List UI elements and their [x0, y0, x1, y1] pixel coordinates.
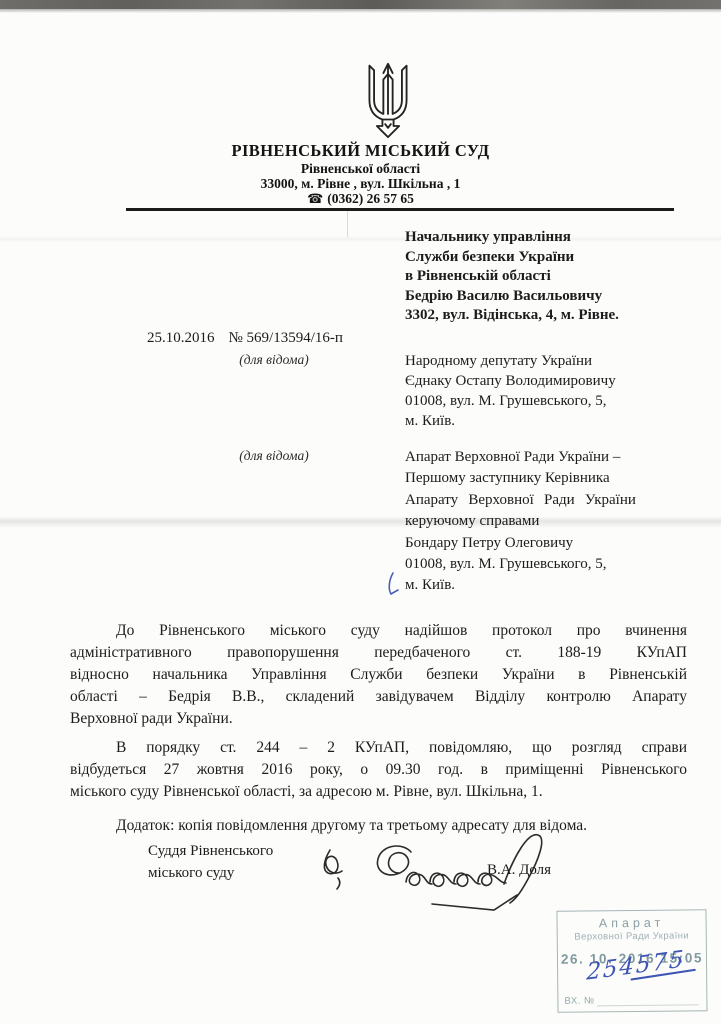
court-name: РІВНЕНСЬКИЙ МІСЬКИЙ СУД [0, 141, 721, 161]
letter-number: № 569/13594/16-п [229, 330, 343, 346]
text-line: В порядку ст. 244 – 2 КУпАП, повідомляю,… [70, 737, 687, 759]
reference-line: 25.10.2016№ 569/13594/16-п [147, 330, 343, 347]
text-line: міського суду [148, 862, 273, 884]
dotted-leader [598, 995, 699, 1006]
stamp-incoming-label: ВХ. № [564, 995, 594, 1006]
text-line: Верховної ради України. [70, 708, 687, 730]
incoming-registration-stamp: Апарат Верховної Ради України 26. 10. 20… [556, 909, 707, 1013]
signer-title: Суддя Рівненськогоміського суду [148, 840, 273, 884]
paragraph-hearing: В порядку ст. 244 – 2 КУпАП, повідомляю,… [70, 737, 687, 803]
text-line: Служби безпеки України [405, 248, 675, 268]
recipient-block-deputy: Народному депутату УкраїниЄднаку Остапу … [405, 351, 675, 431]
center-fold-mark [347, 211, 348, 237]
for-information-note: (для відома) [222, 448, 326, 464]
ukraine-trident-emblem [362, 60, 414, 140]
for-information-note: (для відома) [222, 352, 326, 368]
paragraph-protocol: До Рівненського міського суду надійшов п… [70, 620, 687, 730]
recipient-block-primary: Начальнику управлінняСлужби безпеки Укра… [405, 228, 675, 326]
text-line: м. Київ. [405, 411, 675, 431]
signer-name: В.А. Доля [487, 862, 551, 879]
text-line: Начальнику управління [405, 228, 675, 248]
court-region: Рівненської області [0, 161, 721, 177]
text-line: 01008, вул. М. Грушевського, 5, [405, 554, 675, 575]
text-line: міського суду Рівненської області, за ад… [70, 781, 687, 803]
text-line: Народному депутату України [405, 351, 675, 371]
court-phone: ☎(0362) 26 57 65 [0, 191, 721, 207]
letter-body: До Рівненського міського суду надійшов п… [70, 620, 687, 837]
text-line: Апарату Верховної Ради України [405, 490, 675, 511]
text-line: адміністративного правопорушення передба… [70, 642, 687, 664]
stamp-incoming-line: ВХ. № [564, 994, 698, 1006]
blue-pen-mark [384, 570, 404, 600]
text-line: Апарат Верховної Ради України – [405, 447, 675, 468]
text-line: відбудеться 27 жовтня 2016 року, о 09.30… [70, 759, 687, 781]
telephone-icon: ☎ [307, 192, 323, 207]
text-line: Бондару Петру Олеговичу [405, 533, 675, 554]
text-line: 01008, вул. М. Грушевського, 5, [405, 391, 675, 411]
text-line: До Рівненського міського суду надійшов п… [70, 620, 687, 642]
text-line: керуючому справами [405, 511, 675, 532]
text-line: в Рівненській області [405, 267, 675, 287]
text-line: Єднаку Остапу Володимировичу [405, 371, 675, 391]
stamp-org-line2: Верховної Ради України [558, 930, 706, 943]
text-line: Суддя Рівненського [148, 840, 273, 862]
recipient-block-apparatus: Апарат Верховної Ради України –Першому з… [405, 447, 675, 597]
stamp-org-line1: Апарат [558, 915, 706, 931]
scanned-letter-page: РІВНЕНСЬКИЙ МІСЬКИЙ СУД Рівненської обла… [0, 0, 721, 1024]
scanner-edge-artifact [0, 0, 721, 9]
court-address: 33000, м. Рівне , вул. Шкільна , 1 [0, 176, 721, 192]
text-line: області – Бедрія В.В., складений завідув… [70, 686, 687, 708]
text-line: 3302, вул. Відінська, 4, м. Рівне. [405, 306, 675, 326]
text-line: Першому заступнику Керівника [405, 468, 675, 489]
text-line: Бедрію Василю Васильовичу [405, 287, 675, 307]
letter-date: 25.10.2016 [147, 330, 215, 346]
phone-number: (0362) 26 57 65 [327, 191, 414, 206]
text-line: відносно начальника Управління Служби бе… [70, 664, 687, 686]
scanner-edge-shadow [0, 9, 721, 13]
text-line: м. Київ. [405, 575, 675, 596]
letterhead-divider [126, 208, 674, 211]
